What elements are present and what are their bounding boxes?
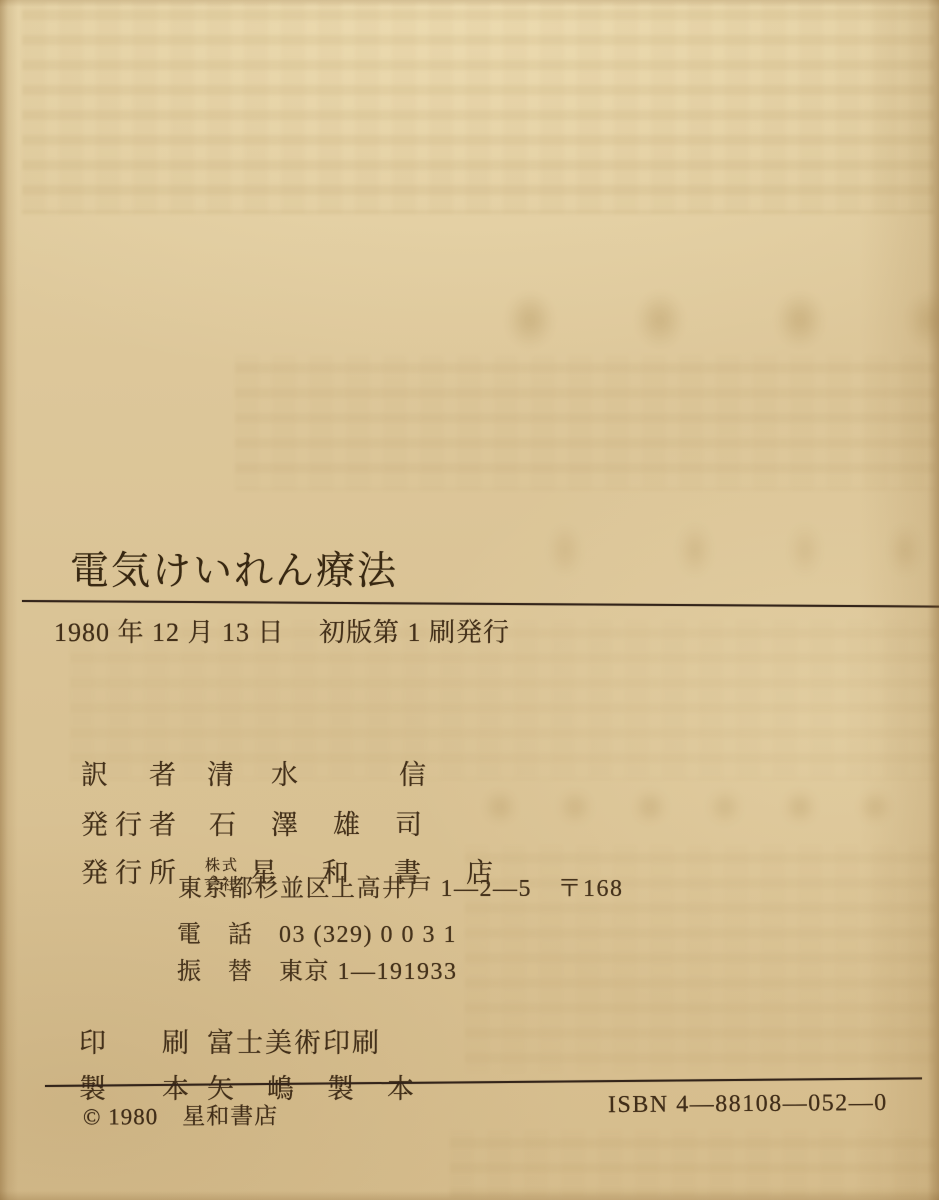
book-colophon-page: 電気けいれん療法 1980 年 12 月 13 日 初版第 1 刷発行 訳者清 … — [0, 0, 939, 1200]
page-curve-shadow — [859, 0, 939, 1200]
publisher-phone: 電 話 03 (329) 0 0 3 1 — [177, 914, 457, 949]
isbn-number: ISBN 4—88108—052—0 — [608, 1090, 888, 1119]
page-edge-bottom — [0, 1191, 939, 1200]
bleedthrough-text-band-bottom — [450, 1130, 935, 1198]
edition-date-line: 1980 年 12 月 13 日 初版第 1 刷発行 — [54, 612, 510, 649]
divider-rule-top — [22, 600, 939, 608]
page-edge-top — [0, 0, 939, 7]
bleedthrough-large-title — [495, 272, 939, 367]
page-edge-right — [927, 0, 939, 1200]
publishing-house-label: 発行所 — [81, 851, 176, 890]
publisher-address: 東京都杉並区上高井戸 1—2—5 〒168 — [178, 868, 624, 903]
bleedthrough-text-band-top — [22, 2, 934, 214]
page-edge-left — [0, 0, 18, 1200]
book-title: 電気けいれん療法 — [70, 540, 398, 596]
publisher-postal-transfer: 振 替 東京 1—191933 — [177, 951, 458, 986]
bleedthrough-text-band-middle — [235, 355, 935, 490]
copyright-notice: © 1980 星和書店 — [83, 1097, 278, 1131]
bleedthrough-large-text — [495, 500, 935, 600]
bleedthrough-large-heading — [465, 778, 935, 836]
